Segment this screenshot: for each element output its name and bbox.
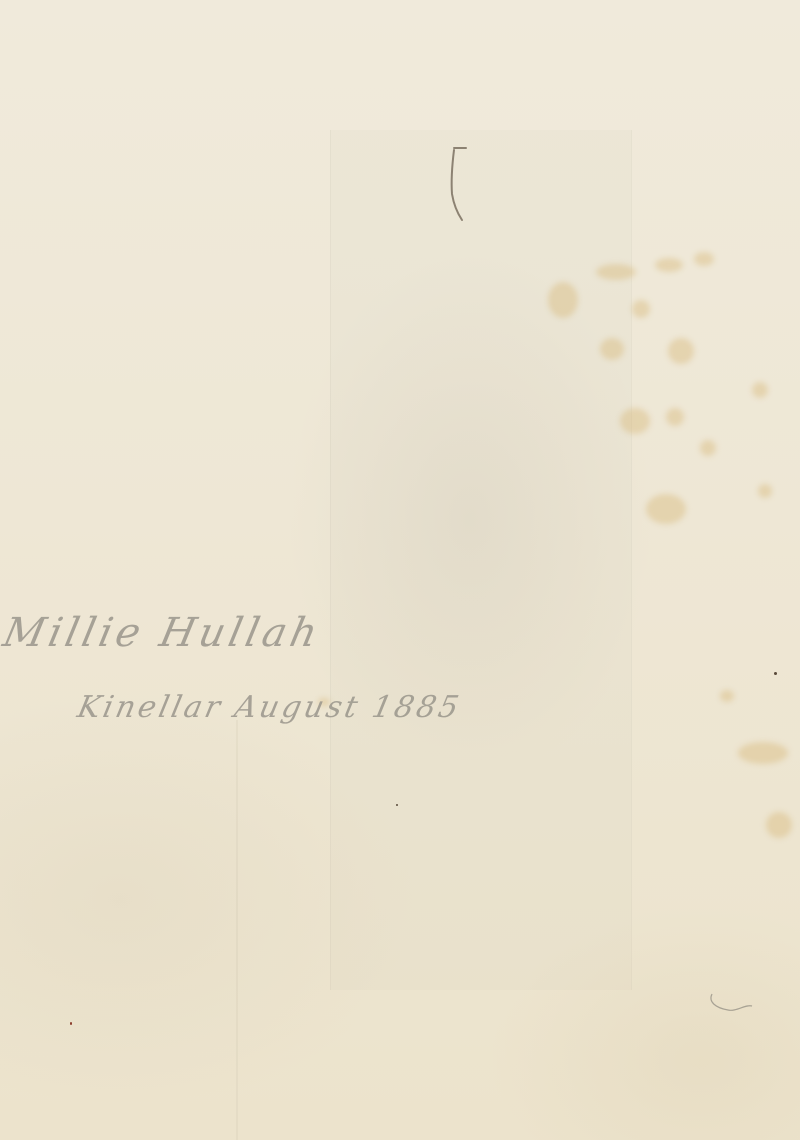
- foxing-stain: [646, 494, 686, 524]
- foxing-stain: [720, 690, 734, 702]
- paper-fold-line: [236, 720, 238, 1140]
- foxing-stain: [600, 338, 624, 360]
- ink-speck: [396, 804, 398, 806]
- foxing-stain: [632, 300, 650, 318]
- paper-sheet: Millie Hullah Kinellar August 1885: [0, 0, 800, 1140]
- foxing-stain: [620, 408, 650, 434]
- foxing-stain: [758, 484, 772, 498]
- inscription-name: Millie Hullah: [0, 610, 325, 656]
- foxing-stain: [548, 282, 578, 318]
- pencil-mark-icon: [448, 146, 470, 222]
- foxing-stain: [700, 440, 716, 456]
- inscription-place-date: Kinellar August 1885: [74, 690, 464, 725]
- ink-speck: [70, 1022, 72, 1025]
- pencil-squiggle-icon: [706, 990, 756, 1020]
- foxing-stain: [668, 338, 694, 364]
- ink-speck: [774, 672, 777, 675]
- foxing-stain: [766, 812, 792, 838]
- foxing-stain: [655, 258, 683, 272]
- show-through-image-outline: [330, 130, 632, 990]
- foxing-stain: [694, 252, 714, 266]
- foxing-stain: [666, 408, 684, 426]
- foxing-stain: [596, 264, 636, 280]
- foxing-stain: [738, 742, 788, 764]
- foxing-stain: [752, 382, 768, 398]
